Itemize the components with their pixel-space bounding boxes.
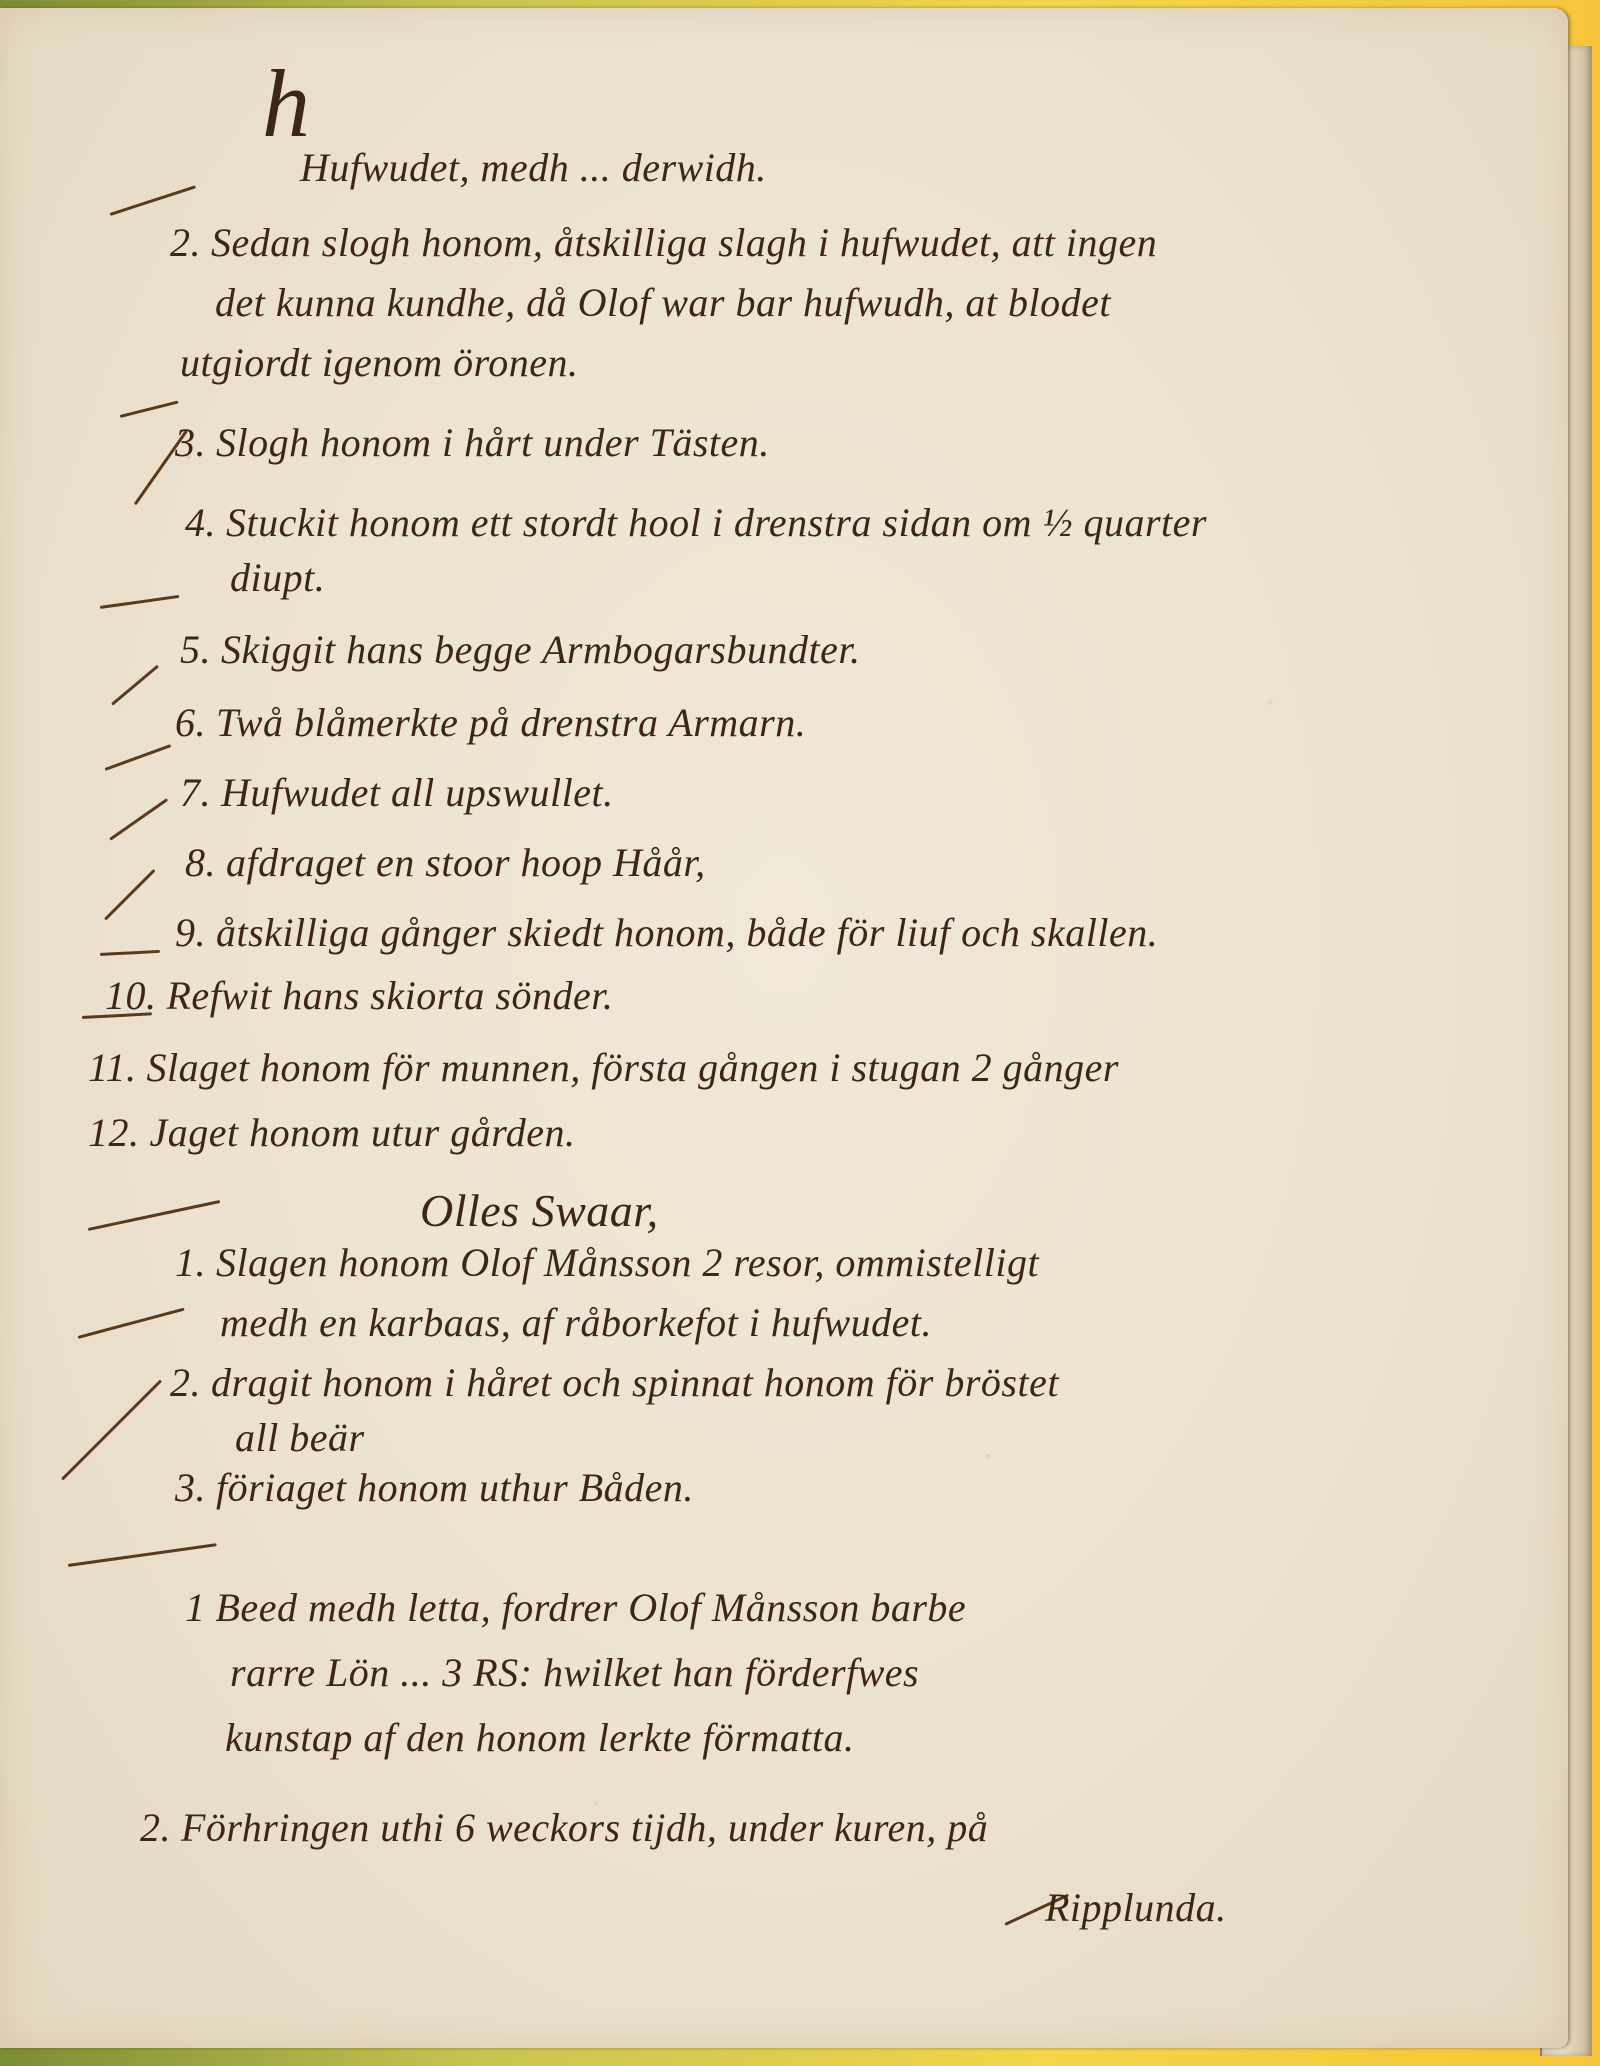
margin-stroke: [120, 401, 179, 418]
list-item: 12.Jaget honom utur gården.: [88, 1113, 576, 1153]
item-number: 7.: [180, 773, 211, 813]
item-text: Jaget honom utur gården.: [150, 1110, 576, 1155]
item-text: Beed medh letta, fordrer Olof Månsson ba…: [216, 1585, 967, 1630]
place-signature: Ripplunda.: [1045, 1888, 1227, 1928]
item-number: 2.: [170, 1363, 201, 1403]
margin-stroke: [88, 1200, 221, 1231]
item-continuation: medh en karbaas, af råborkefot i hufwude…: [220, 1303, 932, 1343]
margin-stroke: [61, 1379, 162, 1480]
item-text: Stuckit honom ett stordt hool i drenstra…: [226, 500, 1207, 545]
manuscript-page: h Hufwudet, medh ... derwidh. 2.Sedan sl…: [0, 8, 1568, 2048]
section-heading: Olles Swaar,: [420, 1188, 659, 1234]
item-number: 10.: [105, 976, 157, 1016]
item-text: Slagen honom Olof Månsson 2 resor, ommis…: [216, 1240, 1039, 1285]
margin-stroke: [68, 1543, 217, 1567]
item-text: Hufwudet all upswullet.: [221, 770, 614, 815]
item-continuation: utgiordt igenom öronen.: [180, 343, 579, 383]
item-number: 6.: [175, 703, 206, 743]
list-item: 3.Slogh honom i hårt under Tästen.: [175, 423, 770, 463]
item-number: 2.: [140, 1808, 171, 1848]
item-number: 3.: [175, 423, 206, 463]
item-number: 2.: [170, 223, 201, 263]
list-item: 1.Slagen honom Olof Månsson 2 resor, omm…: [175, 1243, 1039, 1283]
item-text: afdraget en stoor hoop Håår,: [226, 840, 706, 885]
item-number: 12.: [88, 1113, 140, 1153]
item-text: åtskilliga gånger skiedt honom, både för…: [216, 910, 1158, 955]
item-text: Förhringen uthi 6 weckors tijdh, under k…: [181, 1805, 988, 1850]
list-item: 6.Twå blåmerkte på drenstra Armarn.: [175, 703, 806, 743]
list-item: 8.afdraget en stoor hoop Håår,: [185, 843, 706, 883]
margin-stroke: [100, 950, 160, 956]
item-continuation: all beär: [235, 1418, 365, 1458]
intro-line: Hufwudet, medh ... derwidh.: [300, 148, 767, 188]
item-number: 11.: [88, 1048, 137, 1088]
item-number: 3.: [175, 1468, 206, 1508]
item-text: Skiggit hans begge Armbogarsbundter.: [221, 627, 860, 672]
margin-stroke: [104, 744, 171, 771]
margin-stroke: [100, 595, 180, 609]
list-item: 1Beed medh letta, fordrer Olof Månsson b…: [185, 1588, 966, 1628]
item-continuation: det kunna kundhe, då Olof war bar hufwud…: [215, 283, 1111, 323]
item-text: dragit honom i håret och spinnat honom f…: [211, 1360, 1059, 1405]
list-item: 10.Refwit hans skiorta sönder.: [105, 976, 613, 1016]
list-item: 4.Stuckit honom ett stordt hool i drenst…: [185, 503, 1207, 543]
list-item: 9.åtskilliga gånger skiedt honom, både f…: [175, 913, 1158, 953]
item-number: 9.: [175, 913, 206, 953]
list-item: 5.Skiggit hans begge Armbogarsbundter.: [180, 630, 860, 670]
item-number: 1: [185, 1588, 206, 1628]
list-item: 2.Förhringen uthi 6 weckors tijdh, under…: [140, 1808, 988, 1848]
item-number: 8.: [185, 843, 216, 883]
margin-stroke: [110, 185, 197, 216]
manuscript-scan: h Hufwudet, medh ... derwidh. 2.Sedan sl…: [0, 0, 1600, 2066]
item-number: 5.: [180, 630, 211, 670]
item-text: Refwit hans skiorta sönder.: [167, 973, 614, 1018]
item-continuation: diupt.: [230, 558, 325, 598]
item-text: Twå blåmerkte på drenstra Armarn.: [216, 700, 806, 745]
item-text: Slogh honom i hårt under Tästen.: [216, 420, 770, 465]
list-item: 2.Sedan slogh honom, åtskilliga slagh i …: [170, 223, 1157, 263]
item-continuation: rarre Lön ... 3 RS: hwilket han förderfw…: [230, 1653, 919, 1693]
page-marker: h: [262, 48, 310, 159]
margin-stroke: [78, 1308, 185, 1339]
item-continuation: kunstap af den honom lerkte förmatta.: [225, 1718, 855, 1758]
item-text: Slaget honom för munnen, första gången i…: [147, 1045, 1119, 1090]
item-number: 1.: [175, 1243, 206, 1283]
margin-stroke: [111, 665, 159, 706]
item-number: 4.: [185, 503, 216, 543]
margin-stroke: [109, 798, 168, 841]
margin-stroke: [104, 869, 156, 921]
item-text: föriaget honom uthur Båden.: [216, 1465, 694, 1510]
list-item: 2.dragit honom i håret och spinnat honom…: [170, 1363, 1059, 1403]
item-text: Sedan slogh honom, åtskilliga slagh i hu…: [211, 220, 1157, 265]
list-item: 3.föriaget honom uthur Båden.: [175, 1468, 694, 1508]
list-item: 7.Hufwudet all upswullet.: [180, 773, 614, 813]
list-item: 11.Slaget honom för munnen, första gånge…: [88, 1048, 1119, 1088]
